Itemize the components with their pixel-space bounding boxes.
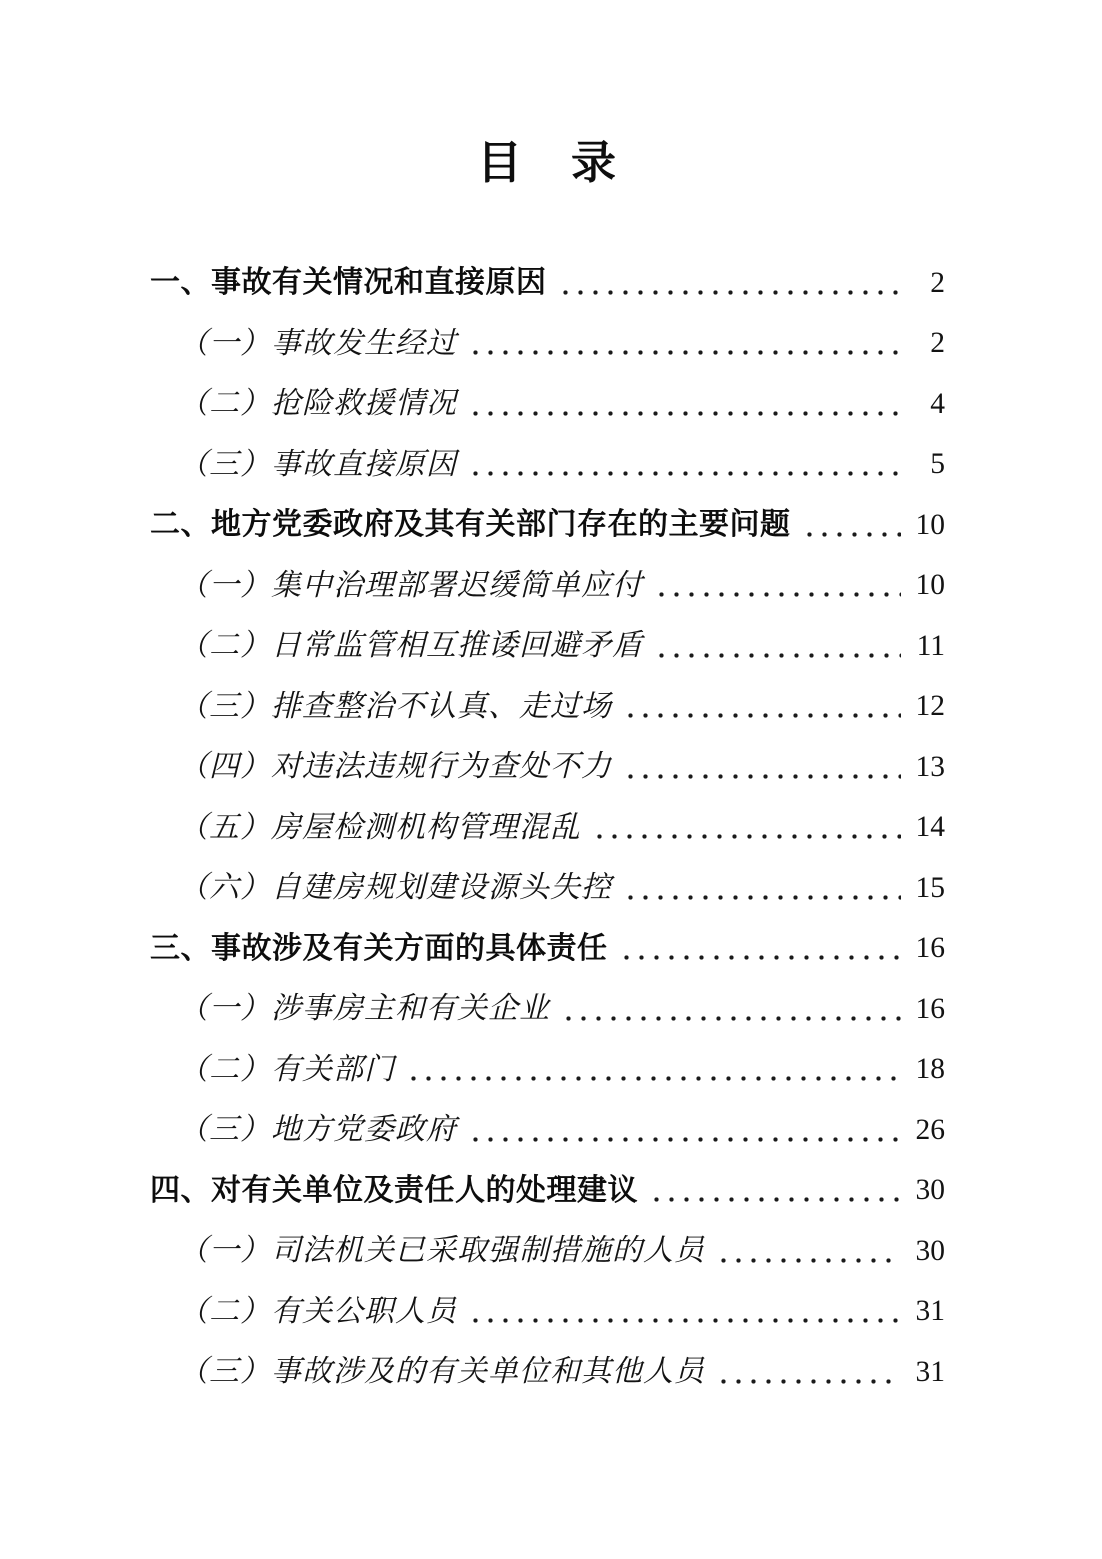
toc-entry-label: （二）有关公职人员 [178, 1295, 457, 1330]
dot-leader [466, 435, 901, 496]
document-page: 目 录 一、事故有关情况和直接原因 2 （一）事故发生经过 2 （二）抢险救援情… [0, 0, 1102, 1559]
toc-entry-page: 10 [911, 569, 945, 602]
dot-leader [647, 1161, 901, 1222]
toc-entry: （一）事故发生经过 2 [150, 314, 945, 375]
toc-entry: （六）自建房规划建设源头失控 15 [150, 858, 945, 919]
toc-entry-label: （一）司法机关已采取强制措施的人员 [178, 1234, 705, 1269]
toc-entry-label: （四）对违法违规行为查处不力 [178, 750, 612, 785]
dot-leader [652, 616, 901, 677]
toc-entry-page: 31 [911, 1295, 945, 1328]
dot-leader [590, 798, 901, 859]
toc-entry: （三）事故涉及的有关单位和其他人员 31 [150, 1342, 945, 1403]
dot-leader [621, 737, 901, 798]
toc-entry: （三）排查整治不认真、走过场 12 [150, 677, 945, 738]
toc-entry-label: （一）涉事房主和有关企业 [178, 992, 550, 1027]
toc-entry-label: （二）日常监管相互推诿回避矛盾 [178, 629, 643, 664]
dot-leader [466, 1100, 901, 1161]
dot-leader [714, 1342, 901, 1403]
toc-entry: （二）有关部门 18 [150, 1040, 945, 1101]
toc-entry-page: 2 [911, 267, 945, 300]
toc-list: 一、事故有关情况和直接原因 2 （一）事故发生经过 2 （二）抢险救援情况 4 … [150, 253, 945, 1403]
dot-leader [621, 858, 901, 919]
toc-entry-label: （三）排查整治不认真、走过场 [178, 690, 612, 725]
toc-entry: （二）有关公职人员 31 [150, 1282, 945, 1343]
toc-entry: 二、地方党委政府及其有关部门存在的主要问题 10 [150, 495, 945, 556]
dot-leader [404, 1040, 901, 1101]
toc-entry-label: （一）集中治理部署迟缓简单应付 [178, 569, 643, 604]
dot-leader [466, 374, 901, 435]
toc-entry-page: 26 [911, 1114, 945, 1147]
toc-entry-page: 16 [911, 932, 945, 965]
dot-leader [621, 677, 901, 738]
toc-entry-page: 16 [911, 993, 945, 1026]
toc-entry-page: 5 [911, 448, 945, 481]
dot-leader [714, 1221, 901, 1282]
toc-entry: 一、事故有关情况和直接原因 2 [150, 253, 945, 314]
dot-leader [556, 253, 902, 314]
toc-entry-page: 31 [911, 1356, 945, 1389]
toc-entry-page: 11 [911, 630, 945, 663]
toc-entry-page: 2 [911, 327, 945, 360]
toc-entry-page: 30 [911, 1235, 945, 1268]
toc-entry: （二）日常监管相互推诿回避矛盾 11 [150, 616, 945, 677]
toc-entry: （一）司法机关已采取强制措施的人员 30 [150, 1221, 945, 1282]
toc-entry: （一）涉事房主和有关企业 16 [150, 979, 945, 1040]
dot-leader [617, 919, 902, 980]
dot-leader [652, 556, 901, 617]
toc-entry-label: （三）地方党委政府 [178, 1113, 457, 1148]
toc-entry: （五）房屋检测机构管理混乱 14 [150, 798, 945, 859]
dot-leader [559, 979, 901, 1040]
toc-entry-label: 四、对有关单位及责任人的处理建议 [150, 1174, 638, 1209]
toc-entry: （三）事故直接原因 5 [150, 435, 945, 496]
toc-entry-label: （二）抢险救援情况 [178, 387, 457, 422]
dot-leader [466, 1282, 901, 1343]
toc-entry: （四）对违法违规行为查处不力 13 [150, 737, 945, 798]
toc-entry-label: 三、事故涉及有关方面的具体责任 [150, 932, 608, 967]
dot-leader [800, 495, 902, 556]
toc-entry-label: （三）事故涉及的有关单位和其他人员 [178, 1355, 705, 1390]
toc-entry: 三、事故涉及有关方面的具体责任 16 [150, 919, 945, 980]
toc-entry-page: 18 [911, 1053, 945, 1086]
dot-leader [466, 314, 901, 375]
toc-entry-page: 14 [911, 811, 945, 844]
toc-entry-label: （五）房屋检测机构管理混乱 [178, 811, 581, 846]
toc-entry-label: （二）有关部门 [178, 1053, 395, 1088]
toc-entry-label: （三）事故直接原因 [178, 448, 457, 483]
toc-entry-label: （六）自建房规划建设源头失控 [178, 871, 612, 906]
toc-entry-page: 10 [911, 509, 945, 542]
toc-entry-label: 一、事故有关情况和直接原因 [150, 266, 547, 301]
toc-entry-page: 30 [911, 1174, 945, 1207]
toc-entry-label: （一）事故发生经过 [178, 327, 457, 362]
toc-entry: （三）地方党委政府 26 [150, 1100, 945, 1161]
toc-entry-page: 15 [911, 872, 945, 905]
toc-entry: （一）集中治理部署迟缓简单应付 10 [150, 556, 945, 617]
toc-entry: 四、对有关单位及责任人的处理建议 30 [150, 1161, 945, 1222]
toc-entry-page: 13 [911, 751, 945, 784]
toc-entry-page: 4 [911, 388, 945, 421]
toc-entry: （二）抢险救援情况 4 [150, 374, 945, 435]
toc-entry-label: 二、地方党委政府及其有关部门存在的主要问题 [150, 508, 791, 543]
page-title: 目 录 [150, 141, 945, 186]
toc-entry-page: 12 [911, 690, 945, 723]
